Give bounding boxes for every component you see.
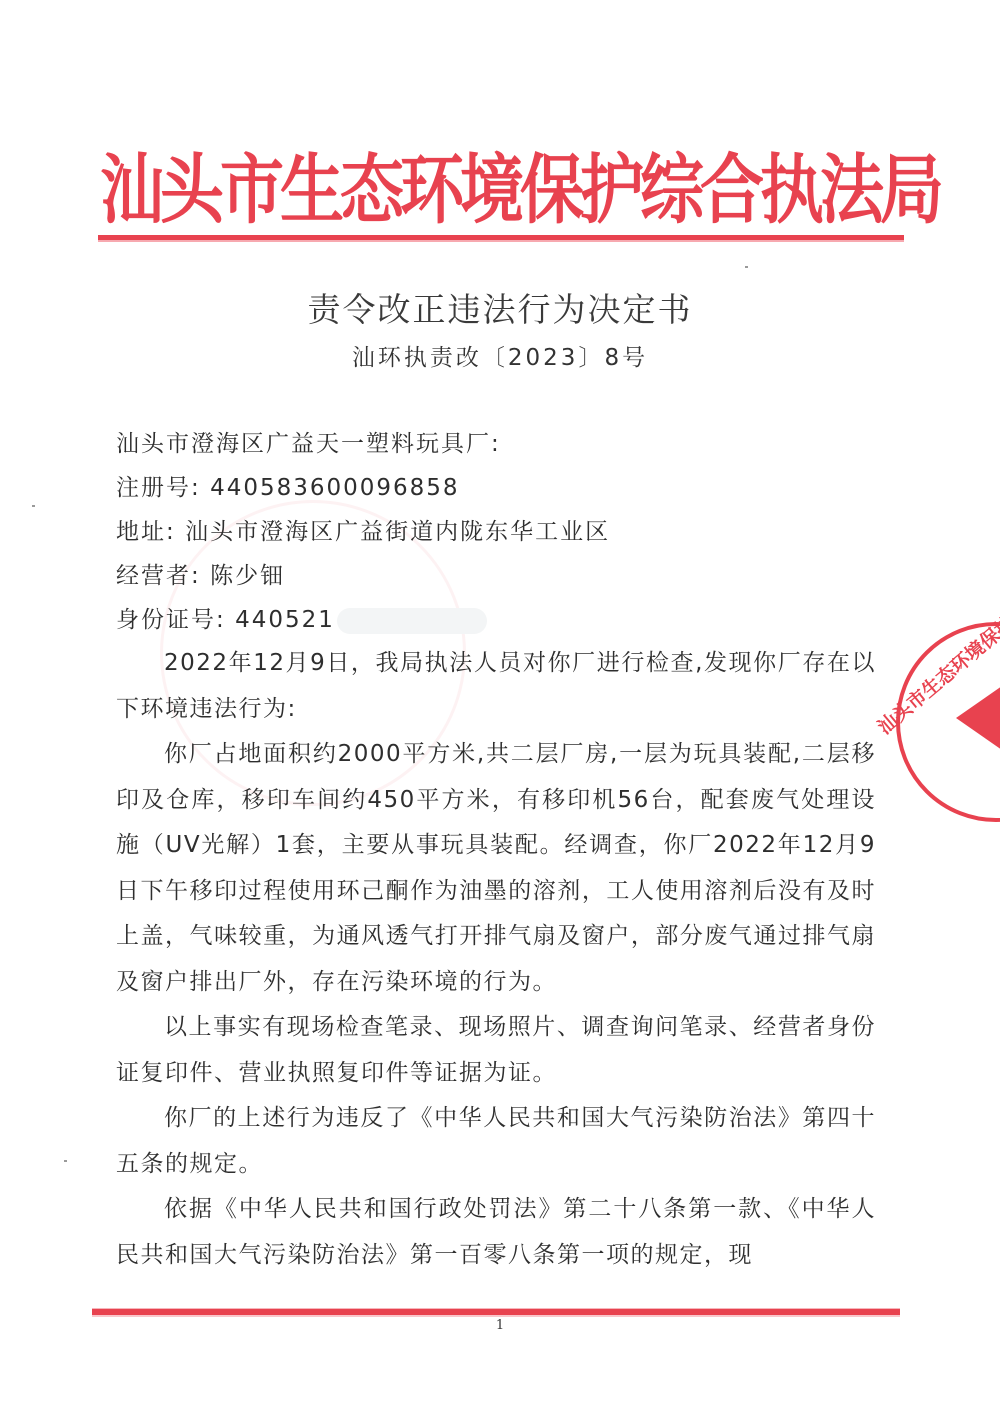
paragraph-facts: 你厂占地面积约2000平方米,共二层厂房,一层为玩具装配,二层移印及仓库，移印车…	[116, 732, 876, 1005]
recipient-name: 汕头市澄海区广益天一塑料玩具厂:	[116, 422, 876, 466]
scan-speck	[745, 266, 748, 268]
registration-number-line: 注册号: 440583600096858	[116, 466, 876, 510]
document-page: 汕头市生态环境保护综合执法局 责令改正违法行为决定书 汕环执责改〔2023〕8号…	[0, 0, 1000, 1414]
redaction-mark	[337, 608, 487, 634]
letterhead-red-rule	[98, 235, 904, 242]
operator-value: 陈少钿	[210, 563, 285, 589]
official-seal-stamp: 汕头市生态环境保护	[896, 622, 1000, 822]
id-label: 身份证号:	[116, 607, 226, 633]
id-value: 440521	[235, 607, 335, 633]
paragraph-legal-basis: 依据《中华人民共和国行政处罚法》第二十八条第一款、《中华人民共和国大气污染防治法…	[116, 1187, 876, 1278]
paragraph-inspection: 2022年12月9日，我局执法人员对你厂进行检查,发现你厂存在以下环境违法行为:	[116, 641, 876, 732]
paragraph-violation: 你厂的上述行为违反了《中华人民共和国大气污染防治法》第四十五条的规定。	[116, 1096, 876, 1187]
scan-speck	[64, 1160, 67, 1162]
recipient-info: 汕头市澄海区广益天一塑料玩具厂: 注册号: 440583600096858 地址…	[116, 422, 876, 642]
paragraph-evidence: 以上事实有现场检查笔录、现场照片、调查询问笔录、经营者身份证复印件、营业执照复印…	[116, 1005, 876, 1096]
footer-red-rule	[92, 1308, 900, 1317]
operator-line: 经营者: 陈少钿	[116, 554, 876, 598]
operator-label: 经营者:	[116, 563, 201, 589]
address-label: 地址:	[116, 519, 176, 545]
page-number: 1	[0, 1318, 1000, 1333]
decision-body: 2022年12月9日，我局执法人员对你厂进行检查,发现你厂存在以下环境违法行为:…	[116, 641, 876, 1278]
document-title: 责令改正违法行为决定书	[0, 288, 1000, 332]
id-number-line: 身份证号: 440521	[116, 598, 876, 642]
seal-text: 汕头市生态环境保护	[871, 655, 1000, 850]
registration-label: 注册号:	[116, 475, 201, 501]
address-value: 汕头市澄海区广益街道内陇东华工业区	[185, 519, 610, 545]
scan-speck	[32, 505, 35, 507]
document-number: 汕环执责改〔2023〕8号	[0, 340, 1000, 376]
agency-letterhead: 汕头市生态环境保护综合执法局	[100, 138, 910, 244]
registration-value: 440583600096858	[210, 475, 460, 501]
address-line: 地址: 汕头市澄海区广益街道内陇东华工业区	[116, 510, 876, 554]
